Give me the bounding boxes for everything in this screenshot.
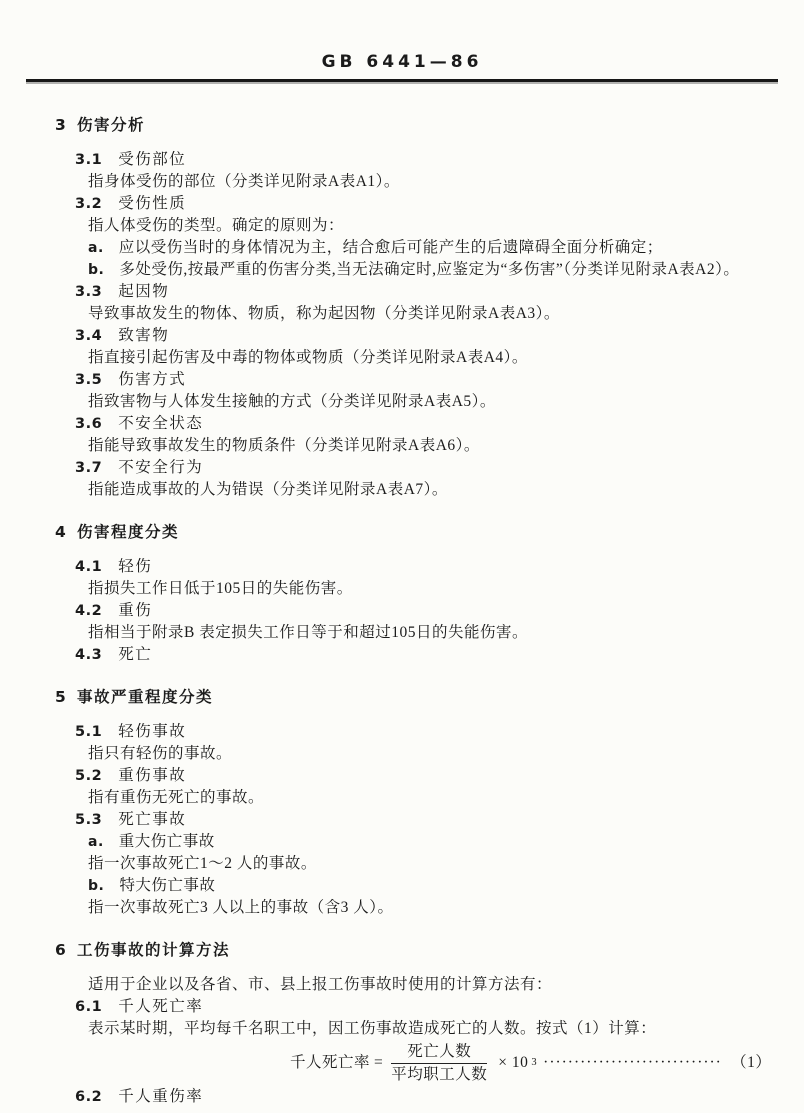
section-heading: 5事故严重程度分类: [55, 686, 778, 708]
clause-number: 6.1: [75, 999, 102, 1015]
clause-number: 4.2: [75, 603, 102, 619]
fraction: 死亡人数平均职工人数: [391, 1042, 487, 1085]
section-number: 5: [55, 686, 77, 708]
clause-number: 6.2: [75, 1089, 102, 1105]
section-6: 6工伤事故的计算方法适用于企业以及各省、市、县上报工伤事故时使用的计算方法有：6…: [55, 939, 778, 1108]
clause-title: 死亡: [118, 646, 152, 663]
clause-heading: 3.4致害物: [75, 325, 778, 347]
clause-body: 指能造成事故的人为错误（分类详见附录A表A7）。: [88, 479, 778, 501]
section-number: 6: [55, 939, 77, 961]
clause-title: 千人死亡率: [118, 998, 203, 1015]
list-item: b.多处受伤,按最严重的伤害分类,当无法确定时,应鉴定为“多伤害”（分类详见附录…: [88, 259, 778, 281]
clause-body: 指直接引起伤害及中毒的物体或物质（分类详见附录A表A4）。: [88, 347, 778, 369]
list-item: a.应以受伤当时的身体情况为主，结合愈后可能产生的后遗障碍全面分析确定；: [88, 237, 778, 259]
clause-heading: 3.2受伤性质: [75, 193, 778, 215]
clause-title: 轻伤: [118, 558, 152, 575]
formula-equals-sign: =: [374, 1052, 383, 1074]
list-item-text: 特大伤亡事故: [119, 877, 215, 894]
clause-body: 指致害物与人体发生接触的方式（分类详见附录A表A5）。: [88, 391, 778, 413]
clause-number: 4.1: [75, 559, 102, 575]
formula: 千人死亡率=死亡人数平均职工人数× 103···················…: [290, 1040, 778, 1086]
clause-number: 5.1: [75, 724, 102, 740]
list-item-label: a.: [88, 240, 104, 256]
clause-body: 表示某时期，平均每千名职工中，因工伤事故造成死亡的人数。按式（1）计算：: [88, 1018, 778, 1040]
clause-heading: 3.5伤害方式: [75, 369, 778, 391]
clause-title: 死亡事故: [118, 811, 186, 828]
clause-heading: 4.1轻伤: [75, 556, 778, 578]
section-title: 伤害分析: [77, 116, 145, 134]
clause-heading: 3.1受伤部位: [75, 149, 778, 171]
clause-title: 致害物: [118, 327, 169, 344]
section-title: 事故严重程度分类: [77, 688, 213, 706]
formula-lhs: 千人死亡率: [290, 1052, 370, 1074]
formula-leader-dots: ····································: [543, 1052, 723, 1074]
list-item-text: 多处受伤,按最严重的伤害分类,当无法确定时,应鉴定为“多伤害”（分类详见附录A表…: [119, 261, 739, 278]
clause-body: 指相当于附录B 表定损失工作日等于和超过105日的失能伤害。: [88, 622, 778, 644]
list-item: b.特大伤亡事故: [88, 875, 778, 897]
fraction-denominator: 平均职工人数: [391, 1064, 487, 1085]
clause-title: 起因物: [118, 283, 169, 300]
clause-body: 指人体受伤的类型。确定的原则为：: [88, 215, 778, 237]
clause-heading: 5.3死亡事故: [75, 809, 778, 831]
list-item-body: 指一次事故死亡3 人以上的事故（含3 人）。: [88, 897, 778, 919]
clause-body: 指只有轻伤的事故。: [88, 743, 778, 765]
clause-body: 指身体受伤的部位（分类详见附录A表A1）。: [88, 171, 778, 193]
clause-heading: 3.6不安全状态: [75, 413, 778, 435]
clause-heading: 3.3起因物: [75, 281, 778, 303]
clause-title: 伤害方式: [118, 371, 186, 388]
document-page: GB 6441—86 3伤害分析3.1受伤部位指身体受伤的部位（分类详见附录A表…: [0, 0, 804, 1113]
clause-body: 指能导致事故发生的物质条件（分类详见附录A表A6）。: [88, 435, 778, 457]
clause-body: 导致事故发生的物体、物质，称为起因物（分类详见附录A表A3）。: [88, 303, 778, 325]
list-item-label: a.: [88, 834, 104, 850]
clause-heading: 4.3死亡: [75, 644, 778, 666]
clause-number: 4.3: [75, 647, 102, 663]
formula-exponent: 3: [531, 1052, 537, 1074]
clause-title: 千人重伤率: [118, 1088, 203, 1105]
fraction-numerator: 死亡人数: [391, 1042, 487, 1064]
clause-body: 指有重伤无死亡的事故。: [88, 787, 778, 809]
clause-number: 3.7: [75, 460, 102, 476]
section-heading: 6工伤事故的计算方法: [55, 939, 778, 961]
equation-number: （1）: [731, 1052, 771, 1074]
section-5: 5事故严重程度分类5.1轻伤事故指只有轻伤的事故。5.2重伤事故指有重伤无死亡的…: [55, 686, 778, 919]
section-intro: 适用于企业以及各省、市、县上报工伤事故时使用的计算方法有：: [88, 974, 778, 996]
formula-multiplier: × 10: [498, 1052, 528, 1074]
section-number: 4: [55, 521, 77, 543]
clause-number: 3.3: [75, 284, 102, 300]
list-item-text: 重大伤亡事故: [119, 833, 215, 850]
list-item-label: b.: [88, 878, 104, 894]
clause-title: 受伤部位: [118, 151, 186, 168]
clause-heading: 4.2重伤: [75, 600, 778, 622]
clause-heading: 3.7不安全行为: [75, 457, 778, 479]
section-3: 3伤害分析3.1受伤部位指身体受伤的部位（分类详见附录A表A1）。3.2受伤性质…: [55, 114, 778, 501]
standard-number: GB 6441—86: [0, 0, 804, 72]
clause-heading: 6.2千人重伤率: [75, 1086, 778, 1108]
clause-heading: 5.1轻伤事故: [75, 721, 778, 743]
clause-number: 3.4: [75, 328, 102, 344]
section-number: 3: [55, 114, 77, 136]
clause-heading: 5.2重伤事故: [75, 765, 778, 787]
section-heading: 4伤害程度分类: [55, 521, 778, 543]
clause-number: 3.2: [75, 196, 102, 212]
list-item: a.重大伤亡事故: [88, 831, 778, 853]
clause-title: 不安全状态: [118, 415, 203, 432]
clause-body: 指损失工作日低于105日的失能伤害。: [88, 578, 778, 600]
clause-title: 轻伤事故: [118, 723, 186, 740]
section-title: 伤害程度分类: [77, 523, 179, 541]
clause-title: 重伤: [118, 602, 152, 619]
clause-title: 不安全行为: [118, 459, 203, 476]
section-title: 工伤事故的计算方法: [77, 941, 230, 959]
clause-number: 5.3: [75, 812, 102, 828]
clause-title: 重伤事故: [118, 767, 186, 784]
clause-heading: 6.1千人死亡率: [75, 996, 778, 1018]
list-item-text: 应以受伤当时的身体情况为主，结合愈后可能产生的后遗障碍全面分析确定；: [119, 239, 663, 256]
section-4: 4伤害程度分类4.1轻伤指损失工作日低于105日的失能伤害。4.2重伤指相当于附…: [55, 521, 778, 666]
clause-title: 受伤性质: [118, 195, 186, 212]
clause-number: 3.1: [75, 152, 102, 168]
clause-number: 3.6: [75, 416, 102, 432]
list-item-body: 指一次事故死亡1～2 人的事故。: [88, 853, 778, 875]
document-content: 3伤害分析3.1受伤部位指身体受伤的部位（分类详见附录A表A1）。3.2受伤性质…: [0, 82, 804, 1108]
section-heading: 3伤害分析: [55, 114, 778, 136]
clause-number: 3.5: [75, 372, 102, 388]
clause-number: 5.2: [75, 768, 102, 784]
list-item-label: b.: [88, 262, 104, 278]
